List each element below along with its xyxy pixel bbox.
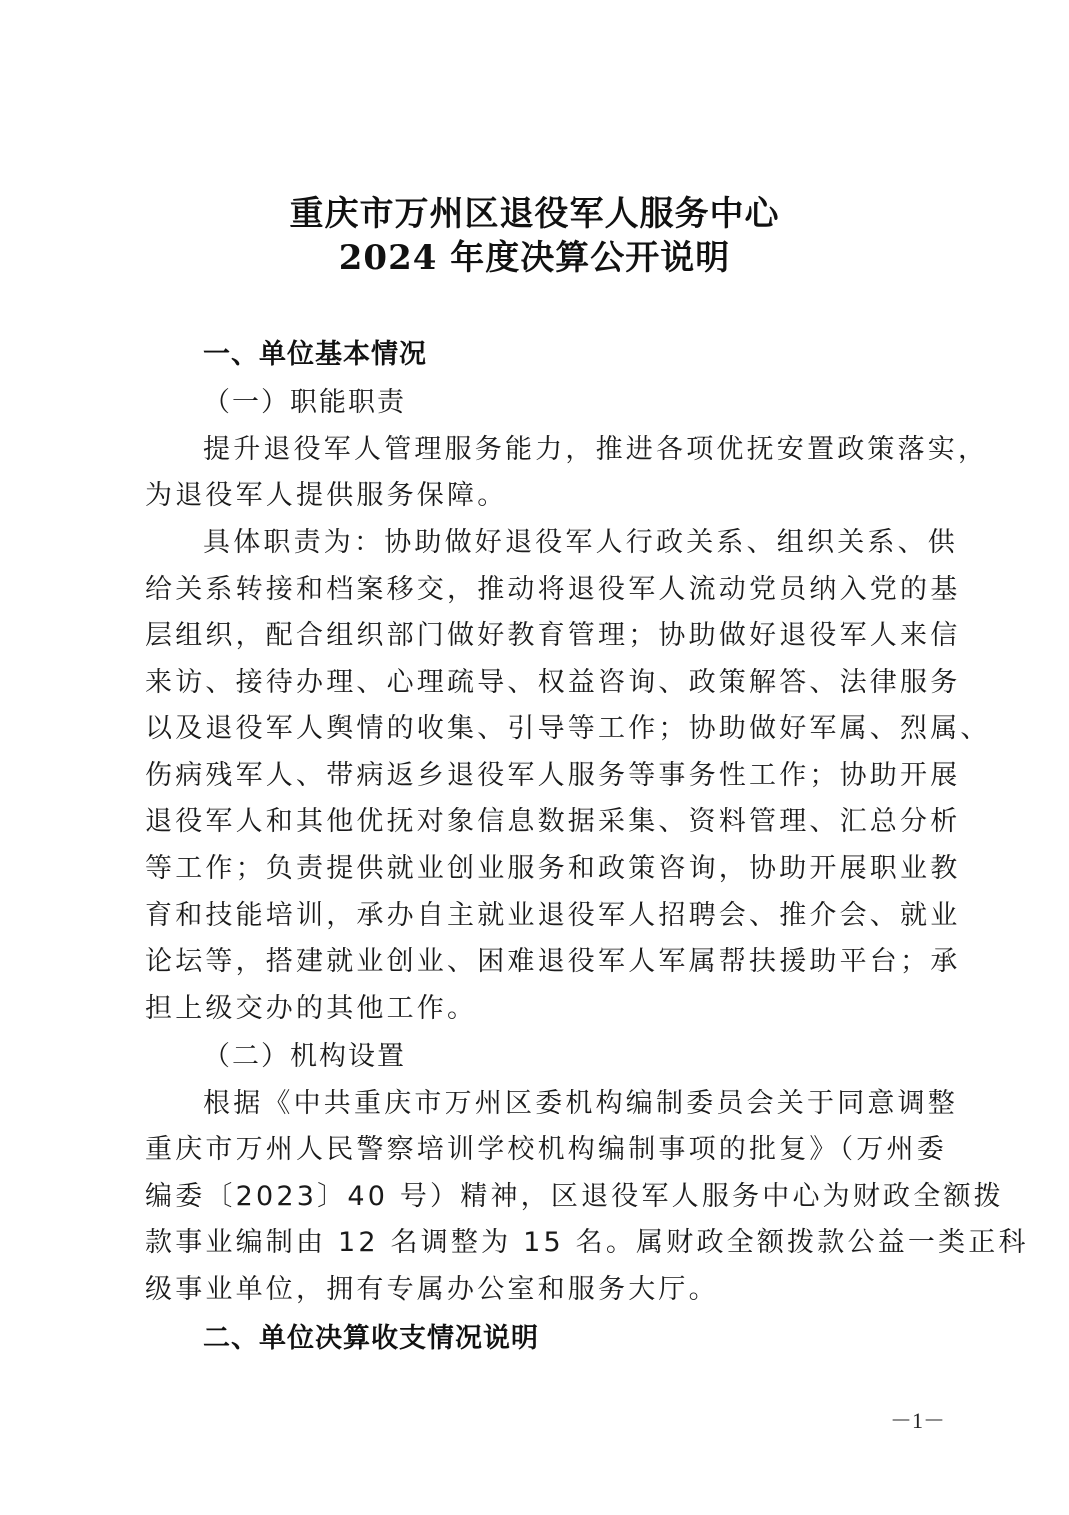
paragraph-line: 层组织，配合组织部门做好教育管理；协助做好退役军人来信 — [145, 613, 945, 652]
document-page: 重庆市万州区退役军人服务中心 2024 年度决算公开说明 一、单位基本情况 （一… — [0, 0, 1069, 1515]
paragraph-line: 以及退役军人舆情的收集、引导等工作；协助做好军属、烈属、 — [145, 706, 945, 745]
paragraph-line: 为退役军人提供服务保障。 — [145, 473, 945, 512]
paragraph-line: 等工作；负责提供就业创业服务和政策咨询，协助开展职业教 — [145, 846, 945, 885]
document-title-line2: 2024 年度决算公开说明 — [0, 230, 1069, 279]
document-title-line1: 重庆市万州区退役军人服务中心 — [0, 186, 1069, 235]
subsection2-heading: （二）机构设置 — [203, 1034, 406, 1073]
paragraph-line: 育和技能培训，承办自主就业退役军人招聘会、推介会、就业 — [145, 893, 945, 932]
paragraph-line: 伤病残军人、带病返乡退役军人服务等事务性工作；协助开展 — [145, 753, 945, 792]
paragraph-line: 给关系转接和档案移交，推动将退役军人流动党员纳入党的基 — [145, 567, 945, 606]
paragraph-line: 具体职责为：协助做好退役军人行政关系、组织关系、供 — [203, 520, 1003, 559]
section1-heading: 一、单位基本情况 — [203, 332, 427, 371]
paragraph-line: 级事业单位，拥有专属办公室和服务大厅。 — [145, 1267, 945, 1306]
paragraph-line: 担上级交办的其他工作。 — [145, 986, 945, 1025]
paragraph-line: 来访、接待办理、心理疏导、权益咨询、政策解答、法律服务 — [145, 660, 945, 699]
paragraph-line: 根据《中共重庆市万州区委机构编制委员会关于同意调整 — [203, 1081, 1003, 1120]
subsection1-heading: （一）职能职责 — [203, 380, 406, 419]
paragraph-line: 提升退役军人管理服务能力，推进各项优抚安置政策落实， — [203, 427, 1003, 466]
section2-heading: 二、单位决算收支情况说明 — [203, 1316, 539, 1355]
paragraph-line: 款事业编制由 12 名调整为 15 名。属财政全额拨款公益一类正科 — [145, 1220, 945, 1259]
paragraph-line: 退役军人和其他优抚对象信息数据采集、资料管理、汇总分析 — [145, 799, 945, 838]
paragraph-line: 论坛等，搭建就业创业、困难退役军人军属帮扶援助平台；承 — [145, 939, 945, 978]
paragraph-line: 编委〔2023〕40 号）精神，区退役军人服务中心为财政全额拨 — [145, 1174, 945, 1213]
paragraph-line: 重庆市万州人民警察培训学校机构编制事项的批复》（万州委 — [145, 1127, 945, 1166]
page-number: －1－ — [890, 1404, 945, 1435]
